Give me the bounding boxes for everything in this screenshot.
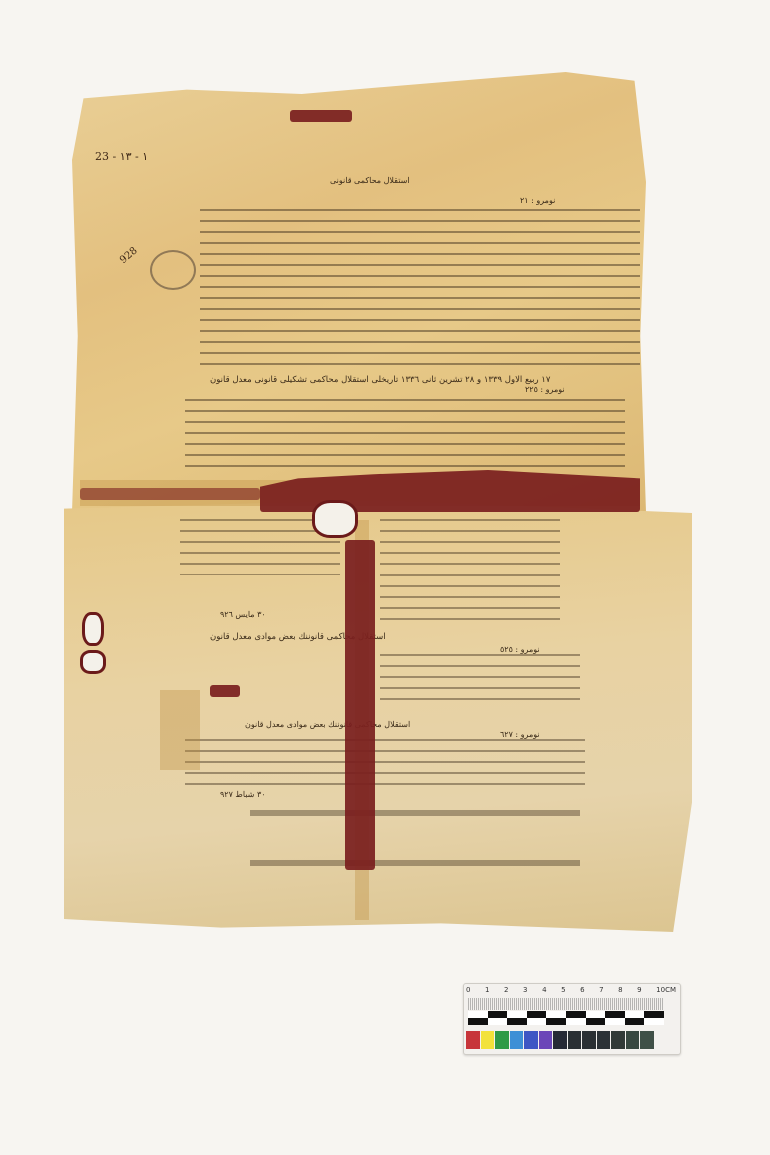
color-scale-ruler: 0 1 2 3 4 5 6 7 8 9 10CM xyxy=(463,983,681,1055)
red-stain-vertical xyxy=(345,540,375,870)
color-swatch xyxy=(611,1031,625,1049)
section-title-1: استقلال محاكمى قانونى xyxy=(330,176,410,185)
color-swatch xyxy=(495,1031,509,1049)
color-swatch xyxy=(568,1031,582,1049)
color-swatch xyxy=(640,1031,654,1049)
paper-hole-left-2 xyxy=(80,650,106,674)
ruler-checker xyxy=(468,1011,664,1025)
law-number-2: نومرو : ٢٢٥ xyxy=(525,385,565,394)
date-line-2: ٣٠ شباط ٩٢٧ xyxy=(220,790,266,799)
color-swatch xyxy=(626,1031,640,1049)
red-stain-top xyxy=(290,110,352,122)
handwritten-date: 23 - ١ - ١٣ xyxy=(95,150,148,163)
document-lower-sheet xyxy=(64,500,692,932)
section-title-4: استقلال محاكمى قانوننك بعض موادى معدل قا… xyxy=(245,720,410,729)
color-swatch xyxy=(582,1031,596,1049)
signature-line-1 xyxy=(250,810,580,816)
text-block-2 xyxy=(185,395,625,470)
color-swatch xyxy=(539,1031,553,1049)
paper-hole-left-1 xyxy=(82,612,104,646)
text-block-4 xyxy=(380,515,560,625)
red-stain-small xyxy=(210,685,240,697)
law-number-1: نومرو : ٢١ xyxy=(520,196,555,205)
red-stain-left xyxy=(80,488,260,500)
paper-hole-center xyxy=(312,500,358,538)
color-swatch xyxy=(481,1031,495,1049)
ruler-ticks xyxy=(468,998,664,1010)
color-swatch xyxy=(510,1031,524,1049)
color-swatches xyxy=(466,1031,654,1049)
seal-stamp xyxy=(150,250,196,290)
color-swatch xyxy=(524,1031,538,1049)
text-block-5 xyxy=(380,650,580,700)
color-swatch xyxy=(597,1031,611,1049)
color-swatch xyxy=(466,1031,480,1049)
signature-line-2 xyxy=(250,860,580,866)
section-title-2: ١٧ ربيع الاول ١٣٣٩ و ٢٨ تشرين ثانى ١٣٣٦ … xyxy=(210,375,550,385)
date-line-1: ٣٠ مايس ٩٢٦ xyxy=(220,610,266,619)
tape-patch xyxy=(160,690,200,770)
color-swatch xyxy=(553,1031,567,1049)
text-block-1 xyxy=(200,205,640,370)
ruler-labels: 0 1 2 3 4 5 6 7 8 9 10CM xyxy=(466,986,676,994)
text-block-6 xyxy=(185,735,585,790)
